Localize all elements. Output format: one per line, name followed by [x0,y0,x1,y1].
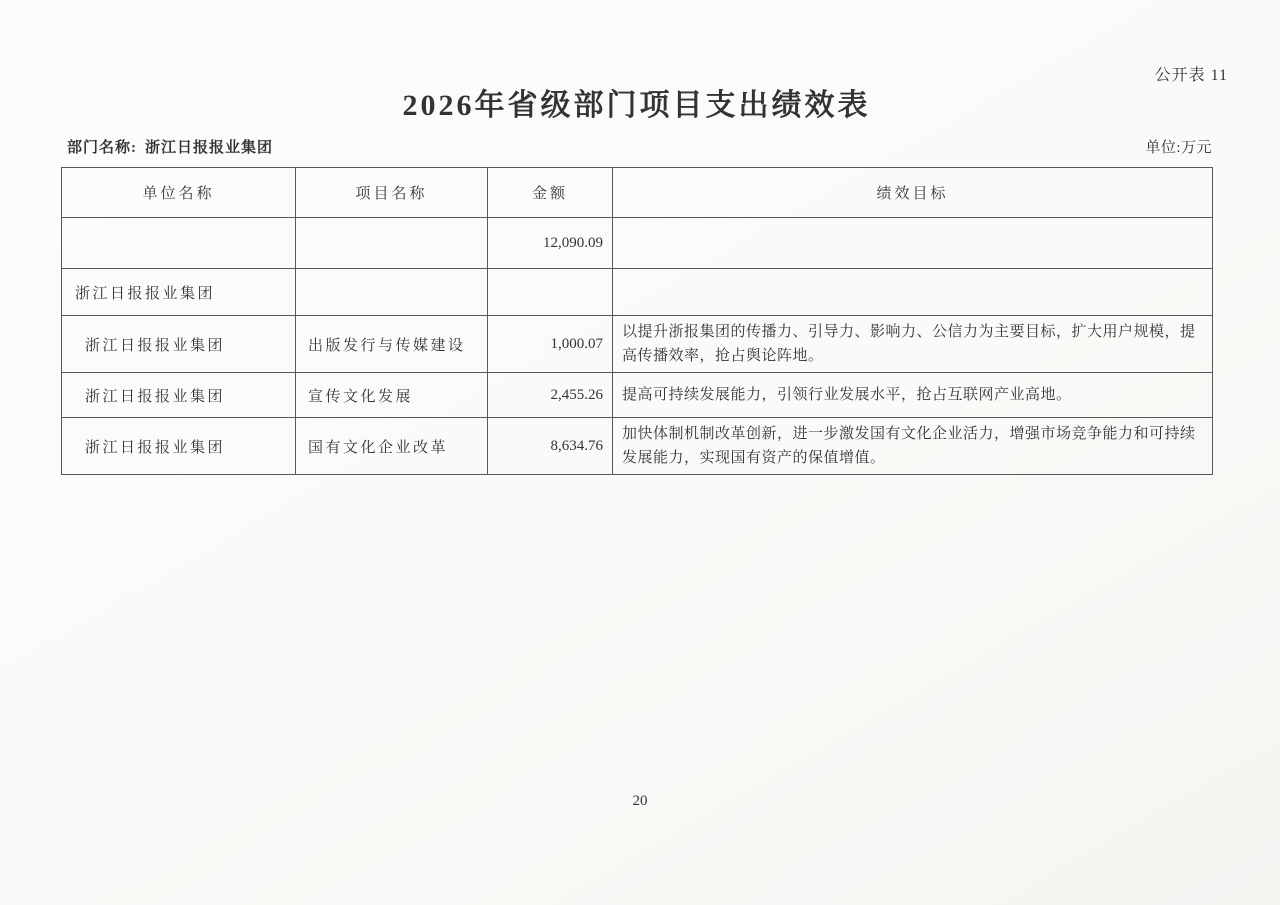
document-title: 2026年省级部门项目支出绩效表 [61,80,1212,124]
performance-table: 单位名称 项目名称 金额 绩效目标 12,090.09 浙江日报报业集团 浙江日… [61,167,1213,475]
cell-performance-target: 提高可持续发展能力，引领行业发展水平，抢占互联网产业高地。 [613,373,1213,418]
cell-performance-target: 加快体制机制改革创新，进一步激发国有文化企业活力，增强市场竞争能力和可持续发展能… [613,418,1213,475]
cell-performance-target: 以提升浙报集团的传播力、引导力、影响力、公信力为主要目标，扩大用户规模，提高传播… [613,316,1213,373]
cell-project-name: 出版发行与传媒建设 [296,316,488,373]
cell-unit-name: 浙江日报报业集团 [62,316,296,373]
table-header-row: 单位名称 项目名称 金额 绩效目标 [62,168,1213,218]
cell-project-name: 国有文化企业改革 [296,418,488,475]
department-name-line: 部门名称:浙江日报报业集团 [61,136,273,157]
meta-row: 部门名称:浙江日报报业集团 单位:万元 [61,136,1212,157]
header-amount: 金额 [488,168,613,218]
cell-unit-name [62,218,296,269]
table-row: 12,090.09 [62,218,1213,269]
header-unit-name: 单位名称 [62,168,296,218]
cell-project-name [296,218,488,269]
cell-amount [488,269,613,316]
header-performance-target: 绩效目标 [613,168,1213,218]
cell-performance-target [613,269,1213,316]
cell-amount: 8,634.76 [488,418,613,475]
table-row: 浙江日报报业集团 国有文化企业改革 8,634.76 加快体制机制改革创新，进一… [62,418,1213,475]
page-number: 20 [0,793,1280,810]
cell-unit-name: 浙江日报报业集团 [62,373,296,418]
unit-label: 单位:万元 [1145,136,1212,157]
table-row: 浙江日报报业集团 出版发行与传媒建设 1,000.07 以提升浙报集团的传播力、… [62,316,1213,373]
cell-project-name [296,269,488,316]
document-page: 公开表 11 2026年省级部门项目支出绩效表 部门名称:浙江日报报业集团 单位… [0,0,1280,905]
cell-amount: 12,090.09 [488,218,613,269]
cell-unit-name: 浙江日报报业集团 [62,418,296,475]
cell-amount: 2,455.26 [488,373,613,418]
department-value: 浙江日报报业集团 [145,140,273,156]
table-row: 浙江日报报业集团 宣传文化发展 2,455.26 提高可持续发展能力，引领行业发… [62,373,1213,418]
cell-performance-target [613,218,1213,269]
cell-amount: 1,000.07 [488,316,613,373]
department-label: 部门名称: [67,140,137,156]
header-project-name: 项目名称 [296,168,488,218]
cell-unit-name: 浙江日报报业集团 [62,269,296,316]
cell-project-name: 宣传文化发展 [296,373,488,418]
table-row: 浙江日报报业集团 [62,269,1213,316]
